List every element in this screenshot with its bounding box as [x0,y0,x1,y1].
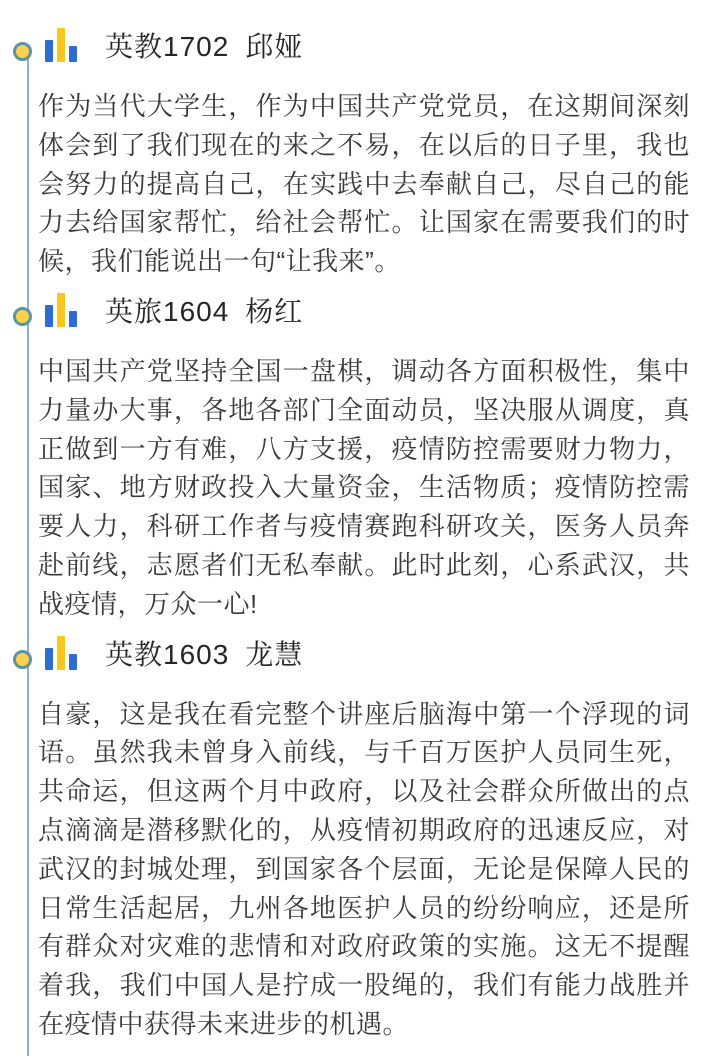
bar-chart-icon-bar [57,28,65,62]
section-title: 英教1603龙慧 [105,634,303,676]
section-header: 英教1603龙慧 [0,634,719,676]
bar-chart-icon-bar [69,311,77,327]
testimonial-text: 自豪，这是我在看完整个讲座后脑海中第一个浮现的词语。虽然我未曾身入前线，与千百万… [38,695,690,1044]
bar-chart-icon-bar [57,636,65,670]
bar-chart-icon-bar [69,46,77,62]
section-title: 英教1702邱娅 [105,26,303,68]
bar-chart-icon-bar [45,40,53,62]
section-header: 英教1702邱娅 [0,26,719,68]
bar-chart-icon [45,28,77,62]
testimonial-section-3: 英教1603龙慧 自豪，这是我在看完整个讲座后脑海中第一个浮现的词语。虽然我未曾… [0,634,719,1044]
timeline-node-icon [13,650,32,669]
bar-chart-icon-bar [45,305,53,327]
class-id: 英旅1604 [105,296,229,327]
student-name: 杨红 [245,296,303,327]
testimonial-section-1: 英教1702邱娅 作为当代大学生，作为中国共产党党员，在这期间深刻体会到了我们现… [0,26,719,281]
testimonial-section-2: 英旅1604杨红 中国共产党坚持全国一盘棋，调动各方面积极性，集中力量办大事，各… [0,291,719,624]
testimonial-list: 英教1702邱娅 作为当代大学生，作为中国共产党党员，在这期间深刻体会到了我们现… [0,0,719,1044]
section-header: 英旅1604杨红 [0,291,719,333]
testimonial-text: 作为当代大学生，作为中国共产党党员，在这期间深刻体会到了我们现在的来之不易，在以… [38,87,690,281]
student-name: 邱娅 [245,31,303,62]
bar-chart-icon [45,636,77,670]
bar-chart-icon-bar [57,293,65,327]
section-title: 英旅1604杨红 [105,291,303,333]
class-id: 英教1702 [105,31,229,62]
timeline-node-icon [13,42,32,61]
bar-chart-icon-bar [45,648,53,670]
class-id: 英教1603 [105,639,229,670]
testimonial-text: 中国共产党坚持全国一盘棋，调动各方面积极性，集中力量办大事，各地各部门全面动员，… [38,352,690,624]
student-name: 龙慧 [245,639,303,670]
timeline-node-icon [13,307,32,326]
bar-chart-icon-bar [69,654,77,670]
bar-chart-icon [45,293,77,327]
